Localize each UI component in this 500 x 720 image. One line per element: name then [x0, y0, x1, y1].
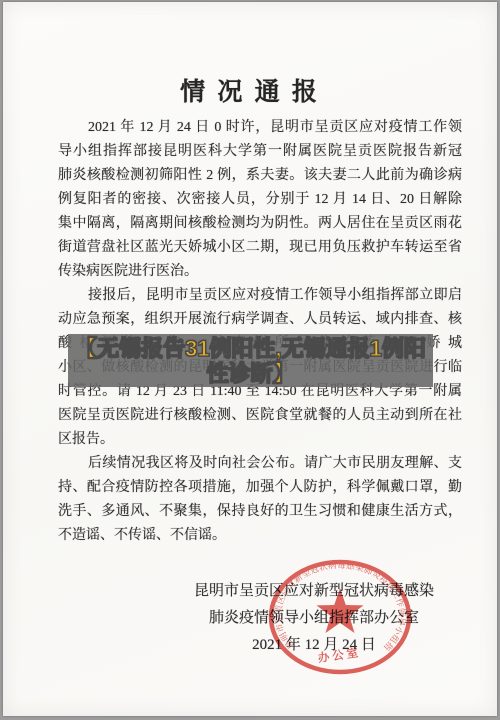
body-line: 2021 年 12 月 24 日 0 时许，昆明市呈贡区应对疫情工作领 [58, 116, 462, 140]
scan-backdrop: 情 况 通 报 2021 年 12 月 24 日 0 时许，昆明市呈贡区应对疫情… [0, 0, 500, 720]
body-line: 例复阳者的密接、次密接人员，分别于 12 月 14 日、20 日解除 [58, 188, 462, 212]
caption-text-line-1: 【无锡报告31例阳性,无锡通报1例阳 [68, 336, 433, 361]
caption-overlay: 【无锡报告31例阳性,无锡通报1例阳 性诊断】 [68, 334, 433, 387]
star-icon [317, 588, 364, 633]
body-line: 不造谣、不传谣、不信谣。 [58, 524, 462, 548]
seal-office-text: 办公室 [317, 645, 362, 665]
body-line: 医院呈贡医院进行核酸检测、医院食堂就餐的人员主动到所在社 [58, 404, 462, 428]
document-title: 情 况 通 报 [3, 78, 497, 108]
body-line: 导小组指挥部接昆明医科大学第一附属医院呈贡医院报告新冠 [58, 140, 462, 164]
body-line: 区报告。 [58, 428, 462, 452]
body-line: 接报后，昆明市呈贡区应对疫情工作领导小组指挥部立即启 [58, 284, 462, 308]
body-line: 街道营盘社区蓝光天娇城小区二期，现已用负压救护车转运至省 [58, 236, 462, 260]
body-line: 持、配合疫情防控各项措施，加强个人防护，科学佩戴口罩，勤 [58, 476, 462, 500]
body-line: 动应急预案，组织开展流行病学调查、人员转运、域内排查、核 [58, 308, 462, 332]
body-line: 肺炎核酸检测初筛阳性 2 例，系夫妻。该夫妻二人此前为确诊病 [58, 164, 462, 188]
body-line: 洗手、多通风、不聚集，保持良好的卫生习惯和健康生活方式， [58, 500, 462, 524]
document-body: 2021 年 12 月 24 日 0 时许，昆明市呈贡区应对疫情工作领 导小组指… [58, 116, 462, 548]
body-line: 传染病医院进行医治。 [58, 260, 462, 284]
caption-text-line-2: 性诊断】 [68, 361, 433, 386]
body-line: 集中隔离，隔离期间核酸检测均为阴性。两人居住在呈贡区雨花 [58, 212, 462, 236]
official-seal-icon: 昆明市呈贡区应对新型冠状病毒感染肺炎疫情工作领导小组指挥部 办公室 [265, 553, 415, 683]
body-line: 后续情况我区将及时向社会公布。请广大市民朋友理解、支 [58, 452, 462, 476]
